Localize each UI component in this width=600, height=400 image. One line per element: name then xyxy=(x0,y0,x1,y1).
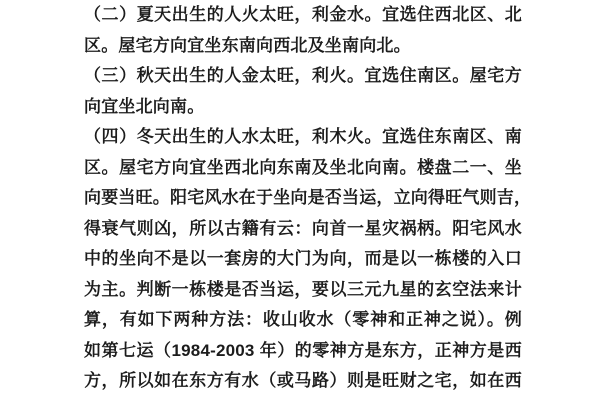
text-line: 算，有如下两种方法：收山收水（零神和正神之说）。例 xyxy=(84,305,522,336)
text-line: 向宜坐北向南。 xyxy=(84,92,522,123)
text-line: 区。屋宅方向宜坐西北向东南及坐北向南。楼盘二一、坐 xyxy=(84,153,522,184)
text-line: （二）夏天出生的人火太旺，利金水。宜选住西北区、北 xyxy=(84,0,522,31)
text-line: 向要当旺。阳宅风水在于坐向是否当运，立向得旺气则吉， xyxy=(84,183,522,214)
text-line: 区。屋宅方向宜坐东南向西北及坐南向北。 xyxy=(84,31,522,62)
text-line: 如第七运（1984-2003 年）的零神方是东方，正神方是西 xyxy=(84,336,522,367)
text-line: 为主。判断一栋楼是否当运，要以三元九星的玄空法来计 xyxy=(84,275,522,306)
text-line: 中的坐向不是以一套房的大门为向，而是以一栋楼的入口 xyxy=(84,244,522,275)
text-line: 方，所以如在东方有水（或马路）则是旺财之宅，如在西 xyxy=(84,366,522,397)
document-page: （二）夏天出生的人火太旺，利金水。宜选住西北区、北 区。屋宅方向宜坐东南向西北及… xyxy=(0,0,600,400)
text-line: （三）秋天出生的人金太旺，利火。宜选住南区。屋宅方 xyxy=(84,61,522,92)
text-block: （二）夏天出生的人火太旺，利金水。宜选住西北区、北 区。屋宅方向宜坐东南向西北及… xyxy=(84,0,522,397)
text-line: 得衰气则凶，所以古籍有云：向首一星灾祸柄。阳宅风水 xyxy=(84,214,522,245)
text-line: （四）冬天出生的人水太旺，利木火。宜选住东南区、南 xyxy=(84,122,522,153)
